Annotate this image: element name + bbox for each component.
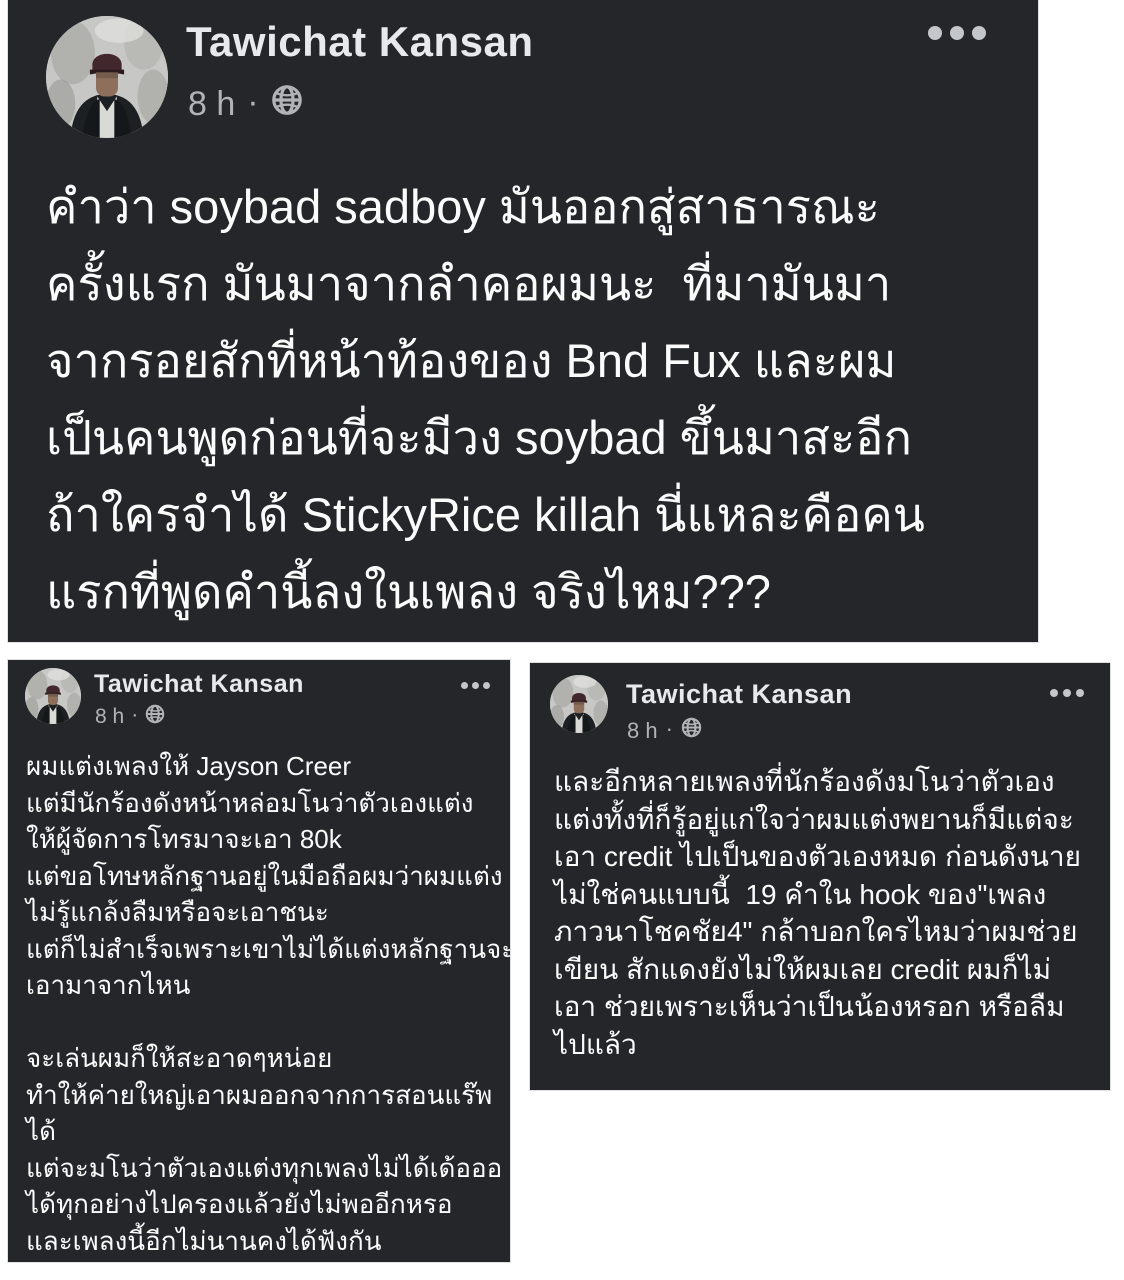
profile-photo-icon bbox=[46, 16, 168, 138]
three-dots-menu-button[interactable] bbox=[461, 682, 490, 689]
avatar[interactable] bbox=[25, 668, 81, 724]
post-text-line: ภาวนาโชคชัย4" กล้าบอกใครไหมว่าผมช่วย bbox=[554, 913, 1096, 951]
post-text-line: คำว่า soybad sadboy มันออกสู่สาธารณะ bbox=[46, 168, 1018, 245]
post-meta: 8 h · bbox=[627, 717, 702, 744]
avatar[interactable] bbox=[550, 675, 608, 733]
post-body-text: และอีกหลายเพลงที่นักร้องดังมโนว่าตัวเองแ… bbox=[554, 763, 1096, 1063]
three-dots-menu-button[interactable] bbox=[1050, 689, 1084, 697]
post-text-line: แต่มีนักร้องดังหน้าหล่อมโนว่าตัวเองแต่ง bbox=[26, 785, 502, 822]
post-body-text: ผมแต่งเพลงให้ Jayson Creerแต่มีนักร้องดั… bbox=[26, 748, 502, 1259]
post-meta: 8 h · bbox=[188, 84, 303, 125]
post-text-line bbox=[26, 1004, 502, 1041]
post-text-line: ผมแต่งเพลงให้ Jayson Creer bbox=[26, 748, 502, 785]
post-text-line: และอีกหลายเพลงที่นักร้องดังมโนว่าตัวเอง bbox=[554, 763, 1096, 801]
meta-separator: · bbox=[247, 83, 258, 122]
post-text-line: เอา ช่วยเพราะเห็นว่าเป็นน้องหรอก หรือลืม bbox=[554, 988, 1096, 1026]
post-text-line: เขียน สักแดงยังไม่ให้ผมเลย credit ผมก็ไม… bbox=[554, 951, 1096, 989]
post-text-line: เอา credit ไปเป็นของตัวเองหมด ก่อนดังนาย bbox=[554, 838, 1096, 876]
meta-separator: · bbox=[131, 703, 138, 727]
globe-icon bbox=[145, 704, 165, 730]
timestamp: 8 h bbox=[627, 718, 658, 744]
author-name-link[interactable]: Tawichat Kansan bbox=[186, 18, 533, 66]
screenshot-canvas: Tawichat Kansan 8 h · คำว่า soybad sadbo… bbox=[0, 0, 1124, 1280]
globe-icon bbox=[271, 84, 303, 125]
three-dots-menu-button[interactable] bbox=[928, 26, 986, 40]
post-text-line: ทำให้ค่ายใหญ่เอาผมออกจากการสอนแร๊พ bbox=[26, 1077, 502, 1114]
meta-separator: · bbox=[666, 716, 673, 742]
profile-photo-icon bbox=[25, 668, 81, 724]
post-text-line: ไปแล้ว bbox=[554, 1026, 1096, 1064]
post-text-line: ครั้งแรก มันมาจากลำคอผมนะ ที่มามันมา bbox=[46, 245, 1018, 322]
post-text-line: ถ้าใครจำได้ StickyRice killah นี่แหละคือ… bbox=[46, 476, 1018, 553]
post-text-line: ไม่ใช่คนแบบนี้ 19 คำใน hook ของ"เพลง bbox=[554, 876, 1096, 914]
post-text-line: ไม่รู้แกล้งลืมหรือจะเอาชนะ bbox=[26, 894, 502, 931]
post-text-line: ได้ bbox=[26, 1113, 502, 1150]
timestamp: 8 h bbox=[188, 85, 235, 124]
profile-photo-icon bbox=[550, 675, 608, 733]
post-text-line: แรกที่พูดคำนี้ลงในเพลง จริงไหม??? bbox=[46, 553, 1018, 630]
post-text-line: และเพลงนี้อีกไม่นานคงได้ฟังกัน bbox=[26, 1223, 502, 1260]
globe-icon bbox=[681, 717, 702, 744]
facebook-post-3: Tawichat Kansan 8 h · และอีกหลายเพลงที่น… bbox=[530, 663, 1110, 1090]
post-meta: 8 h · bbox=[95, 704, 165, 730]
post-text-line: แต่ก็ไม่สำเร็จเพราะเขาไม่ได้แต่งหลักฐานจ… bbox=[26, 931, 502, 968]
timestamp: 8 h bbox=[95, 705, 124, 729]
facebook-post-2: Tawichat Kansan 8 h · ผมแต่งเพลงให้ Jays… bbox=[8, 660, 510, 1262]
post-text-line: ให้ผู้จัดการโทรมาจะเอา 80k bbox=[26, 821, 502, 858]
post-text-line: จากรอยสักที่หน้าท้องของ Bnd Fux และผม bbox=[46, 322, 1018, 399]
post-text-line: แต่จะมโนว่าตัวเองแต่งทุกเพลงไม่ได้เด้อออ bbox=[26, 1150, 502, 1187]
post-text-line: เป็นคนพูดก่อนที่จะมีวง soybad ขึ้นมาสะอี… bbox=[46, 399, 1018, 476]
post-text-line: แต่งทั้งที่ก็รู้อยู่แก่ใจว่าผมแต่งพยานก็… bbox=[554, 801, 1096, 839]
facebook-post-1: Tawichat Kansan 8 h · คำว่า soybad sadbo… bbox=[8, 0, 1038, 642]
post-text-line: เอามาจากไหน bbox=[26, 967, 502, 1004]
post-body-text: คำว่า soybad sadboy มันออกสู่สาธารณะครั้… bbox=[46, 168, 1018, 630]
avatar[interactable] bbox=[46, 16, 168, 138]
author-name-link[interactable]: Tawichat Kansan bbox=[94, 670, 304, 699]
post-text-line: จะเล่นผมก็ให้สะอาดๆหน่อย bbox=[26, 1040, 502, 1077]
post-text-line: แต่ขอโทษหลักฐานอยู่ในมือถือผมว่าผมแต่ง bbox=[26, 858, 502, 895]
author-name-link[interactable]: Tawichat Kansan bbox=[626, 679, 852, 710]
post-text-line: ได้ทุกอย่างไปครองแล้วยังไม่พออีกหรอ bbox=[26, 1186, 502, 1223]
